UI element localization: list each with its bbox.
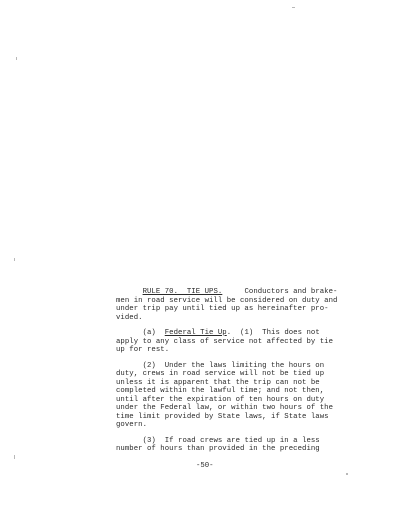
text-line: (3) If road crews are tied up in a less	[116, 437, 368, 446]
text-line: unless it is apparent that the trip can …	[116, 379, 368, 388]
text-line: RULE 70. TIE UPS. Conductors and brake-	[116, 288, 368, 297]
document-page: RULE 70. TIE UPS. Conductors and brake- …	[0, 0, 400, 520]
text-line: apply to any class of service not affect…	[116, 338, 368, 347]
text-line: (2) Under the laws limiting the hours on	[116, 362, 368, 371]
text-line: number of hours than provided in the pre…	[116, 445, 368, 454]
rule-70-text: RULE 70. TIE UPS. Conductors and brake- …	[116, 288, 368, 454]
page-number: -50-	[196, 462, 214, 470]
text-line: vided.	[116, 314, 368, 323]
scan-speck	[14, 258, 15, 261]
rule-heading: RULE 70. TIE UPS.	[143, 288, 223, 296]
text-line: duty, crews in road service will not be …	[116, 370, 368, 379]
text-line: under the Federal law, or within two hou…	[116, 404, 368, 413]
scan-speck	[346, 473, 348, 475]
text-line: men in road service will be considered o…	[116, 297, 368, 306]
text-line: until after the expiration of ten hours …	[116, 396, 368, 405]
text-line: under trip pay until tied up as hereinaf…	[116, 305, 368, 314]
text-line: completed within the lawful time; and no…	[116, 387, 368, 396]
text-line: (a) Federal Tie Up. (1) This does not	[116, 329, 368, 338]
text-line: govern.	[116, 421, 368, 430]
section-heading: Federal Tie Up	[165, 329, 227, 337]
scan-speck	[292, 7, 295, 8]
scan-speck	[16, 57, 17, 60]
text-line: up for rest.	[116, 346, 368, 355]
text-line: time limit provided by State laws, if St…	[116, 413, 368, 422]
scan-speck	[14, 455, 15, 459]
